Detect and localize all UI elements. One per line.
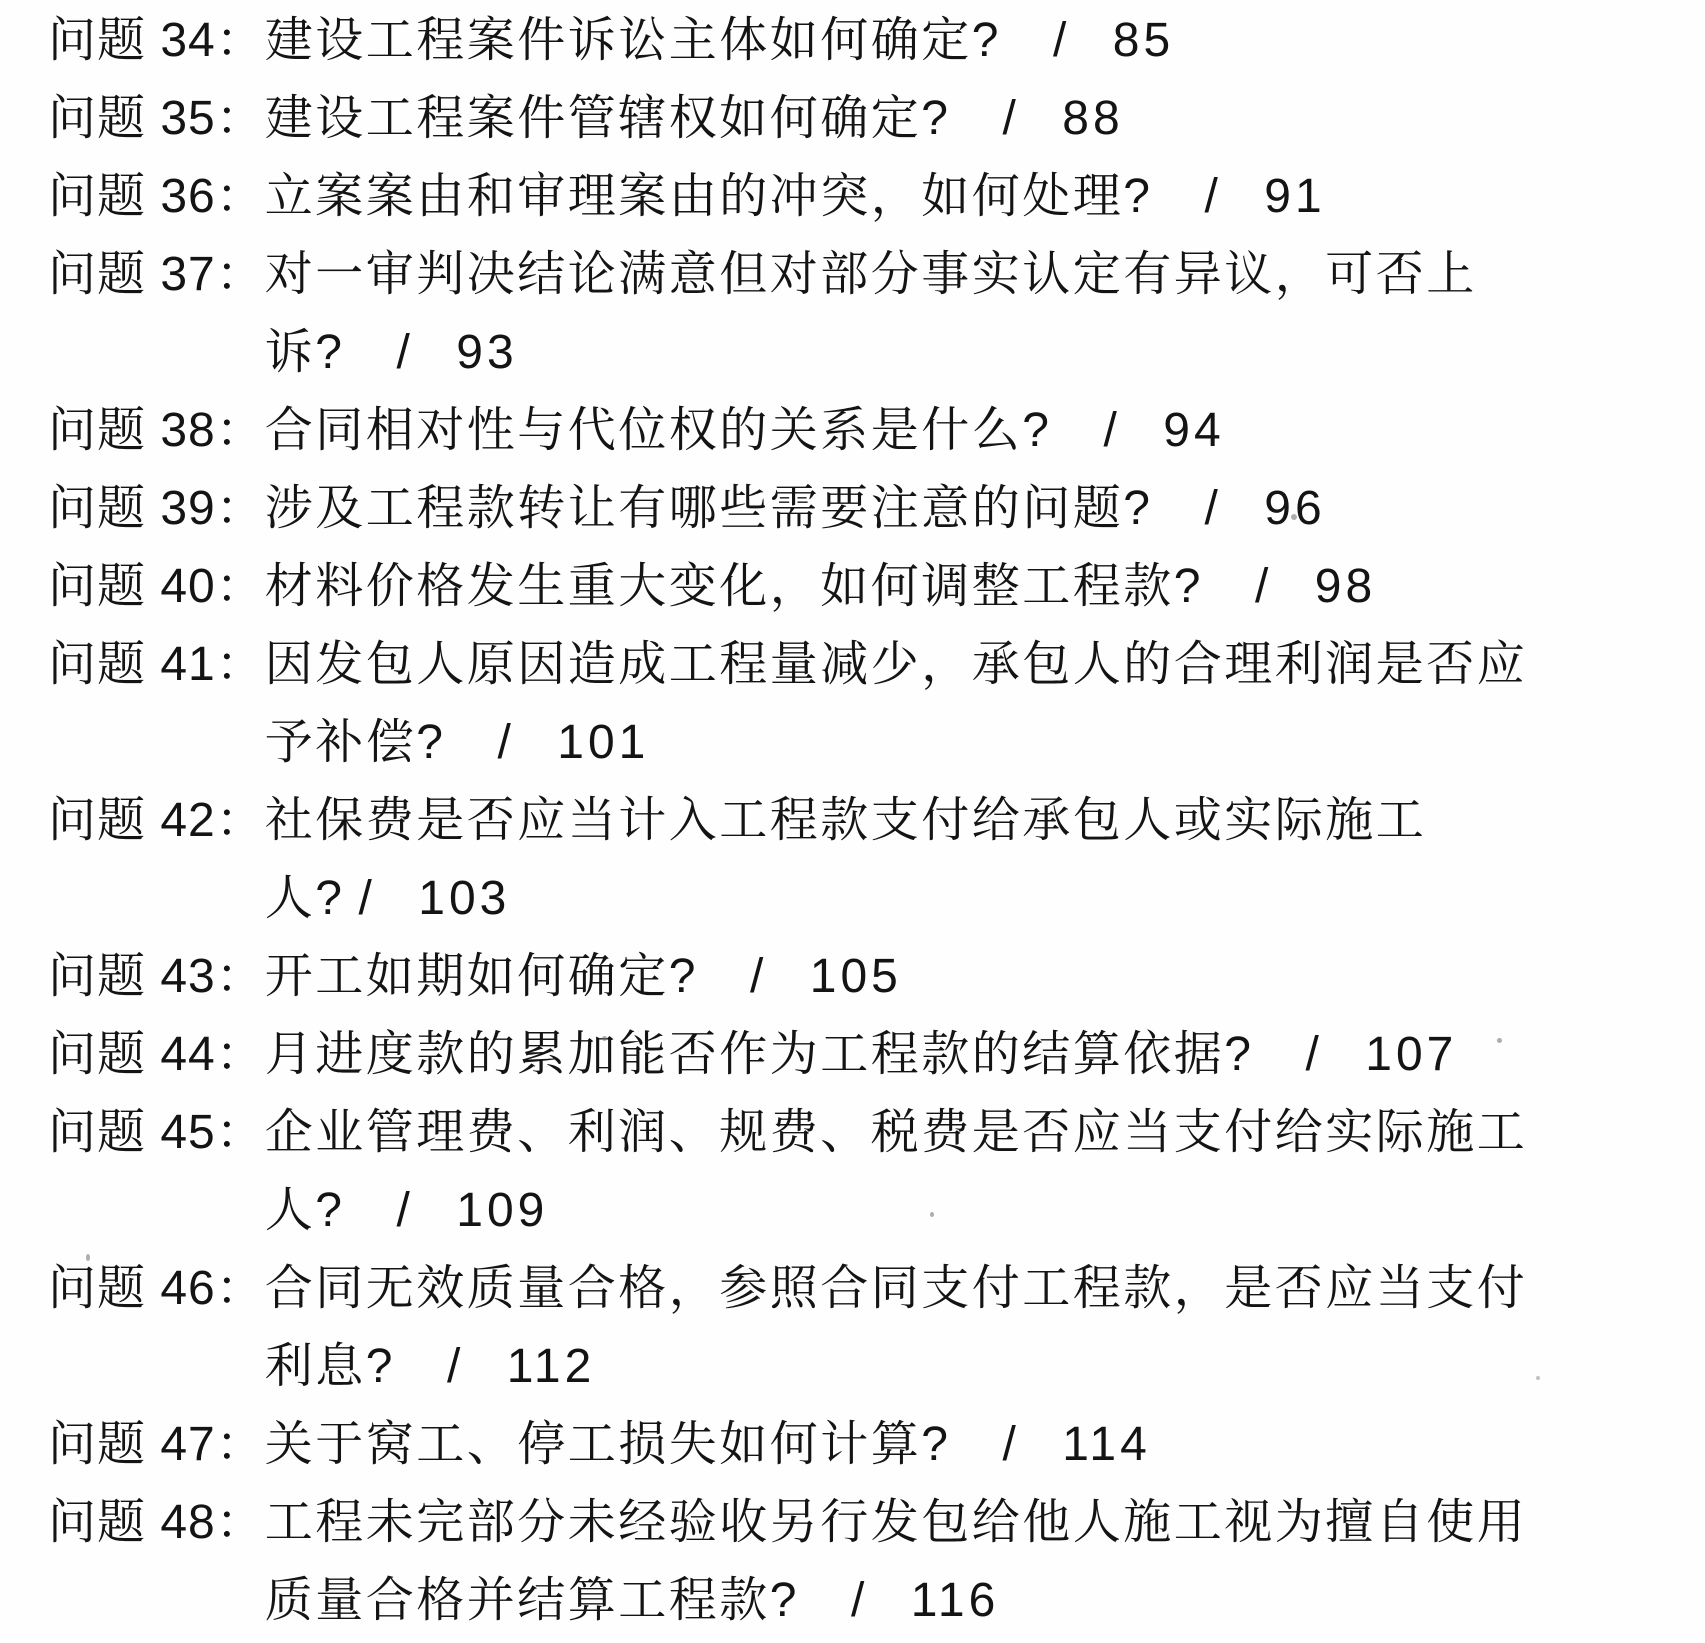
entry-line: 涉及工程款转让有哪些需要注意的问题?/96 — [265, 470, 1685, 548]
page-number: 94 — [1163, 404, 1224, 457]
entry-content: 立案案由和审理案由的冲突，如何处理?/91 — [265, 158, 1685, 236]
page-separator: / — [1305, 1016, 1321, 1094]
entry-content: 月进度款的累加能否作为工程款的结算依据?/107 — [265, 1016, 1685, 1094]
entry-line-wrap: 人?/103 — [265, 860, 1685, 938]
entry-title: 工程未完部分未经验收另行发包给他人施工视为擅自使用 — [265, 1496, 1528, 1549]
entry-content: 企业管理费、利润、规费、税费是否应当支付给实际施工 人?/109 — [265, 1094, 1685, 1250]
entry-content: 建设工程案件管辖权如何确定?/88 — [265, 80, 1685, 158]
page-separator: / — [1002, 1406, 1018, 1484]
entry-label: 问题 36： — [48, 158, 265, 236]
entry-content: 社保费是否应当计入工程款支付给承包人或实际施工 人?/103 — [265, 782, 1685, 938]
entry-title-continued: 质量合格并结算工程款? — [265, 1574, 799, 1627]
page-separator: / — [396, 314, 412, 392]
entry-line: 关于窝工、停工损失如何计算?/114 — [265, 1406, 1685, 1484]
entry-line-wrap: 人?/109 — [265, 1172, 1685, 1250]
entry-line: 合同无效质量合格，参照合同支付工程款，是否应当支付 — [265, 1250, 1685, 1328]
entry-title: 建设工程案件诉讼主体如何确定? — [265, 14, 1001, 67]
toc-entry-42: 问题 42： 社保费是否应当计入工程款支付给承包人或实际施工 人?/103 — [48, 782, 1685, 938]
toc-entry-36: 问题 36： 立案案由和审理案由的冲突，如何处理?/91 — [48, 158, 1685, 236]
entry-title-continued: 诉? — [265, 326, 345, 379]
entry-label: 问题 47： — [48, 1406, 265, 1484]
entry-label: 问题 43： — [48, 938, 265, 1016]
page-separator: / — [1255, 548, 1271, 626]
toc-entry-41: 问题 41： 因发包人原因造成工程量减少，承包人的合理利润是否应 予补偿?/10… — [48, 626, 1685, 782]
page-separator: / — [851, 1562, 867, 1640]
entry-label: 问题 35： — [48, 80, 265, 158]
entry-title-continued: 人? — [265, 872, 345, 925]
page-number: 96 — [1264, 482, 1325, 535]
entry-label: 问题 34： — [48, 2, 265, 80]
page-number: 91 — [1264, 170, 1325, 223]
entry-line: 开工如期如何确定?/105 — [265, 938, 1685, 1016]
toc-entry-44: 问题 44： 月进度款的累加能否作为工程款的结算依据?/107 — [48, 1016, 1685, 1094]
toc-entry-39: 问题 39： 涉及工程款转让有哪些需要注意的问题?/96 — [48, 470, 1685, 548]
page-number: 114 — [1062, 1418, 1151, 1471]
entry-content: 合同无效质量合格，参照合同支付工程款，是否应当支付 利息?/112 — [265, 1250, 1685, 1406]
entry-line: 因发包人原因造成工程量减少，承包人的合理利润是否应 — [265, 626, 1685, 704]
page-separator: / — [1053, 2, 1069, 80]
entry-title-continued: 人? — [265, 1184, 345, 1237]
entry-title: 合同相对性与代位权的关系是什么? — [265, 404, 1052, 457]
entry-line: 企业管理费、利润、规费、税费是否应当支付给实际施工 — [265, 1094, 1685, 1172]
scan-speck — [602, 1036, 607, 1041]
page-separator: / — [1002, 80, 1018, 158]
page-separator: / — [1204, 470, 1220, 548]
toc-entry-47: 问题 47： 关于窝工、停工损失如何计算?/114 — [48, 1406, 1685, 1484]
entry-content: 工程未完部分未经验收另行发包给他人施工视为擅自使用 质量合格并结算工程款?/11… — [265, 1484, 1685, 1640]
page-number: 103 — [418, 872, 510, 925]
page-separator: / — [358, 860, 374, 938]
entry-title: 材料价格发生重大变化，如何调整工程款? — [265, 560, 1203, 613]
page-number: 105 — [810, 950, 902, 1003]
entry-line: 社保费是否应当计入工程款支付给承包人或实际施工 — [265, 782, 1685, 860]
page-number: 93 — [456, 326, 517, 379]
entry-content: 材料价格发生重大变化，如何调整工程款?/98 — [265, 548, 1685, 626]
entry-content: 涉及工程款转让有哪些需要注意的问题?/96 — [265, 470, 1685, 548]
entry-title: 关于窝工、停工损失如何计算? — [265, 1418, 951, 1471]
entry-title-continued: 予补偿? — [265, 716, 446, 769]
entry-line: 工程未完部分未经验收另行发包给他人施工视为擅自使用 — [265, 1484, 1685, 1562]
entry-label: 问题 42： — [48, 782, 265, 860]
entry-title: 建设工程案件管辖权如何确定? — [265, 92, 951, 145]
entry-title-continued: 利息? — [265, 1340, 395, 1393]
entry-label: 问题 40： — [48, 548, 265, 626]
entry-label: 问题 41： — [48, 626, 265, 704]
page-separator: / — [1204, 158, 1220, 236]
scan-speck — [1536, 1376, 1540, 1380]
entry-label: 问题 38： — [48, 392, 265, 470]
toc-entry-45: 问题 45： 企业管理费、利润、规费、税费是否应当支付给实际施工 人?/109 — [48, 1094, 1685, 1250]
toc-entry-48: 问题 48： 工程未完部分未经验收另行发包给他人施工视为擅自使用 质量合格并结算… — [48, 1484, 1685, 1640]
toc-entry-34: 问题 34： 建设工程案件诉讼主体如何确定?/85 — [48, 2, 1685, 80]
entry-line: 立案案由和审理案由的冲突，如何处理?/91 — [265, 158, 1685, 236]
page-separator: / — [447, 1328, 463, 1406]
page-number: 107 — [1365, 1028, 1457, 1081]
entry-label: 问题 44： — [48, 1016, 265, 1094]
toc-entry-46: 问题 46： 合同无效质量合格，参照合同支付工程款，是否应当支付 利息?/112 — [48, 1250, 1685, 1406]
page-number: 109 — [456, 1184, 548, 1237]
entry-line: 对一审判决结论满意但对部分事实认定有异议，可否上 — [265, 236, 1685, 314]
toc-entry-43: 问题 43： 开工如期如何确定?/105 — [48, 938, 1685, 1016]
entry-title: 立案案由和审理案由的冲突，如何处理? — [265, 170, 1153, 223]
entry-line: 合同相对性与代位权的关系是什么?/94 — [265, 392, 1685, 470]
page-number: 112 — [507, 1340, 596, 1393]
entry-label: 问题 48： — [48, 1484, 265, 1562]
entry-line: 建设工程案件管辖权如何确定?/88 — [265, 80, 1685, 158]
entry-content: 合同相对性与代位权的关系是什么?/94 — [265, 392, 1685, 470]
entry-label: 问题 37： — [48, 236, 265, 314]
entry-line: 月进度款的累加能否作为工程款的结算依据?/107 — [265, 1016, 1685, 1094]
entry-title: 月进度款的累加能否作为工程款的结算依据? — [265, 1028, 1254, 1081]
page-number: 101 — [557, 716, 649, 769]
entry-line: 建设工程案件诉讼主体如何确定?/85 — [265, 2, 1685, 80]
toc-entry-35: 问题 35： 建设工程案件管辖权如何确定?/88 — [48, 80, 1685, 158]
entry-content: 因发包人原因造成工程量减少，承包人的合理利润是否应 予补偿?/101 — [265, 626, 1685, 782]
entry-label: 问题 45： — [48, 1094, 265, 1172]
scan-speck — [1497, 1038, 1502, 1043]
entry-title: 因发包人原因造成工程量减少，承包人的合理利润是否应 — [265, 638, 1528, 691]
entry-title: 开工如期如何确定? — [265, 950, 698, 1003]
toc-entry-40: 问题 40： 材料价格发生重大变化，如何调整工程款?/98 — [48, 548, 1685, 626]
entry-line: 材料价格发生重大变化，如何调整工程款?/98 — [265, 548, 1685, 626]
toc-page: 问题 34： 建设工程案件诉讼主体如何确定?/85 问题 35： 建设工程案件管… — [48, 2, 1685, 1640]
entry-line-wrap: 予补偿?/101 — [265, 704, 1685, 782]
page-number: 88 — [1062, 92, 1123, 145]
entry-content: 对一审判决结论满意但对部分事实认定有异议，可否上 诉?/93 — [265, 236, 1685, 392]
entry-title: 涉及工程款转让有哪些需要注意的问题? — [265, 482, 1153, 535]
page-separator: / — [750, 938, 766, 1016]
entry-content: 开工如期如何确定?/105 — [265, 938, 1685, 1016]
page-number: 98 — [1315, 560, 1376, 613]
entry-line-wrap: 诉?/93 — [265, 314, 1685, 392]
scan-speck — [930, 1212, 934, 1217]
entry-title: 合同无效质量合格，参照合同支付工程款，是否应当支付 — [265, 1262, 1528, 1315]
toc-entry-38: 问题 38： 合同相对性与代位权的关系是什么?/94 — [48, 392, 1685, 470]
page-number: 85 — [1113, 14, 1174, 67]
entry-title: 对一审判决结论满意但对部分事实认定有异议，可否上 — [265, 248, 1477, 301]
toc-entry-37: 问题 37： 对一审判决结论满意但对部分事实认定有异议，可否上 诉?/93 — [48, 236, 1685, 392]
page-number: 116 — [911, 1574, 1000, 1627]
entry-content: 关于窝工、停工损失如何计算?/114 — [265, 1406, 1685, 1484]
page-separator: / — [497, 704, 513, 782]
entry-title: 企业管理费、利润、规费、税费是否应当支付给实际施工 — [265, 1106, 1528, 1159]
entry-title: 社保费是否应当计入工程款支付给承包人或实际施工 — [265, 794, 1427, 847]
entry-label: 问题 46： — [48, 1250, 265, 1328]
page-separator: / — [396, 1172, 412, 1250]
scan-speck — [1291, 514, 1297, 520]
page-separator: / — [1103, 392, 1119, 470]
entry-content: 建设工程案件诉讼主体如何确定?/85 — [265, 2, 1685, 80]
entry-label: 问题 39： — [48, 470, 265, 548]
entry-line-wrap: 质量合格并结算工程款?/116 — [265, 1562, 1685, 1640]
entry-line-wrap: 利息?/112 — [265, 1328, 1685, 1406]
scan-speck — [86, 1254, 90, 1261]
